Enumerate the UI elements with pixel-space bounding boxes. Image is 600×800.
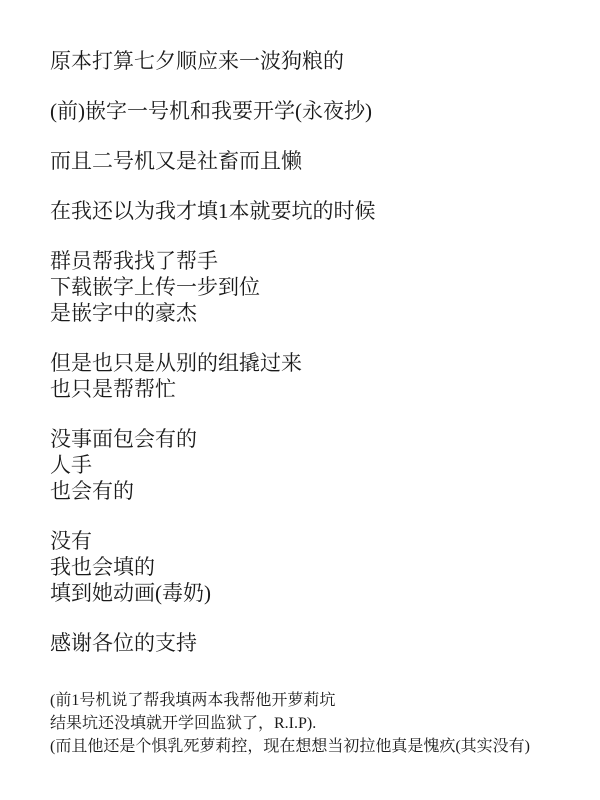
paragraph: 感谢各位的支持: [50, 630, 582, 656]
text-line: 没有: [50, 528, 582, 554]
paragraph: 原本打算七夕顺应来一波狗粮的: [50, 48, 582, 74]
text-line: 是嵌字中的豪杰: [50, 300, 582, 326]
text-line: 在我还以为我才填1本就要坑的时候: [50, 198, 582, 224]
document-body: 原本打算七夕顺应来一波狗粮的(前)嵌字一号机和我要开学(永夜抄)而且二号机又是社…: [0, 0, 600, 758]
text-line: 也只是帮帮忙: [50, 376, 582, 402]
paragraph: 没事面包会有的人手也会有的: [50, 426, 582, 504]
text-line: 我也会填的: [50, 554, 582, 580]
text-line: 人手: [50, 452, 582, 478]
paragraph: 没有我也会填的填到她动画(毒奶): [50, 528, 582, 606]
text-line: (前)嵌字一号机和我要开学(永夜抄): [50, 98, 582, 124]
document-page: 原本打算七夕顺应来一波狗粮的(前)嵌字一号机和我要开学(永夜抄)而且二号机又是社…: [0, 0, 600, 800]
text-line: 群员帮我找了帮手: [50, 248, 582, 274]
paragraph: 群员帮我找了帮手下载嵌字上传一步到位是嵌字中的豪杰: [50, 248, 582, 326]
paragraph: (前)嵌字一号机和我要开学(永夜抄): [50, 98, 582, 124]
text-line: (而且他还是个惧乳死萝莉控，现在想想当初拉他真是愧疚(其实没有): [50, 735, 582, 758]
text-line: 感谢各位的支持: [50, 630, 582, 656]
text-line: (前1号机说了帮我填两本我帮他开萝莉坑: [50, 689, 582, 712]
text-line: 原本打算七夕顺应来一波狗粮的: [50, 48, 582, 74]
text-line: 下载嵌字上传一步到位: [50, 274, 582, 300]
text-line: 结果坑还没填就开学回监狱了，R.I.P).: [50, 712, 582, 735]
text-line: 而且二号机又是社畜而且懒: [50, 148, 582, 174]
paragraph: 但是也只是从别的组撬过来也只是帮帮忙: [50, 350, 582, 402]
paragraph: 而且二号机又是社畜而且懒: [50, 148, 582, 174]
text-line: 但是也只是从别的组撬过来: [50, 350, 582, 376]
text-line: 填到她动画(毒奶): [50, 580, 582, 606]
paragraph: 在我还以为我才填1本就要坑的时候: [50, 198, 582, 224]
text-line: 也会有的: [50, 478, 582, 504]
paragraph: (前1号机说了帮我填两本我帮他开萝莉坑结果坑还没填就开学回监狱了，R.I.P).…: [50, 689, 582, 758]
text-line: 没事面包会有的: [50, 426, 582, 452]
